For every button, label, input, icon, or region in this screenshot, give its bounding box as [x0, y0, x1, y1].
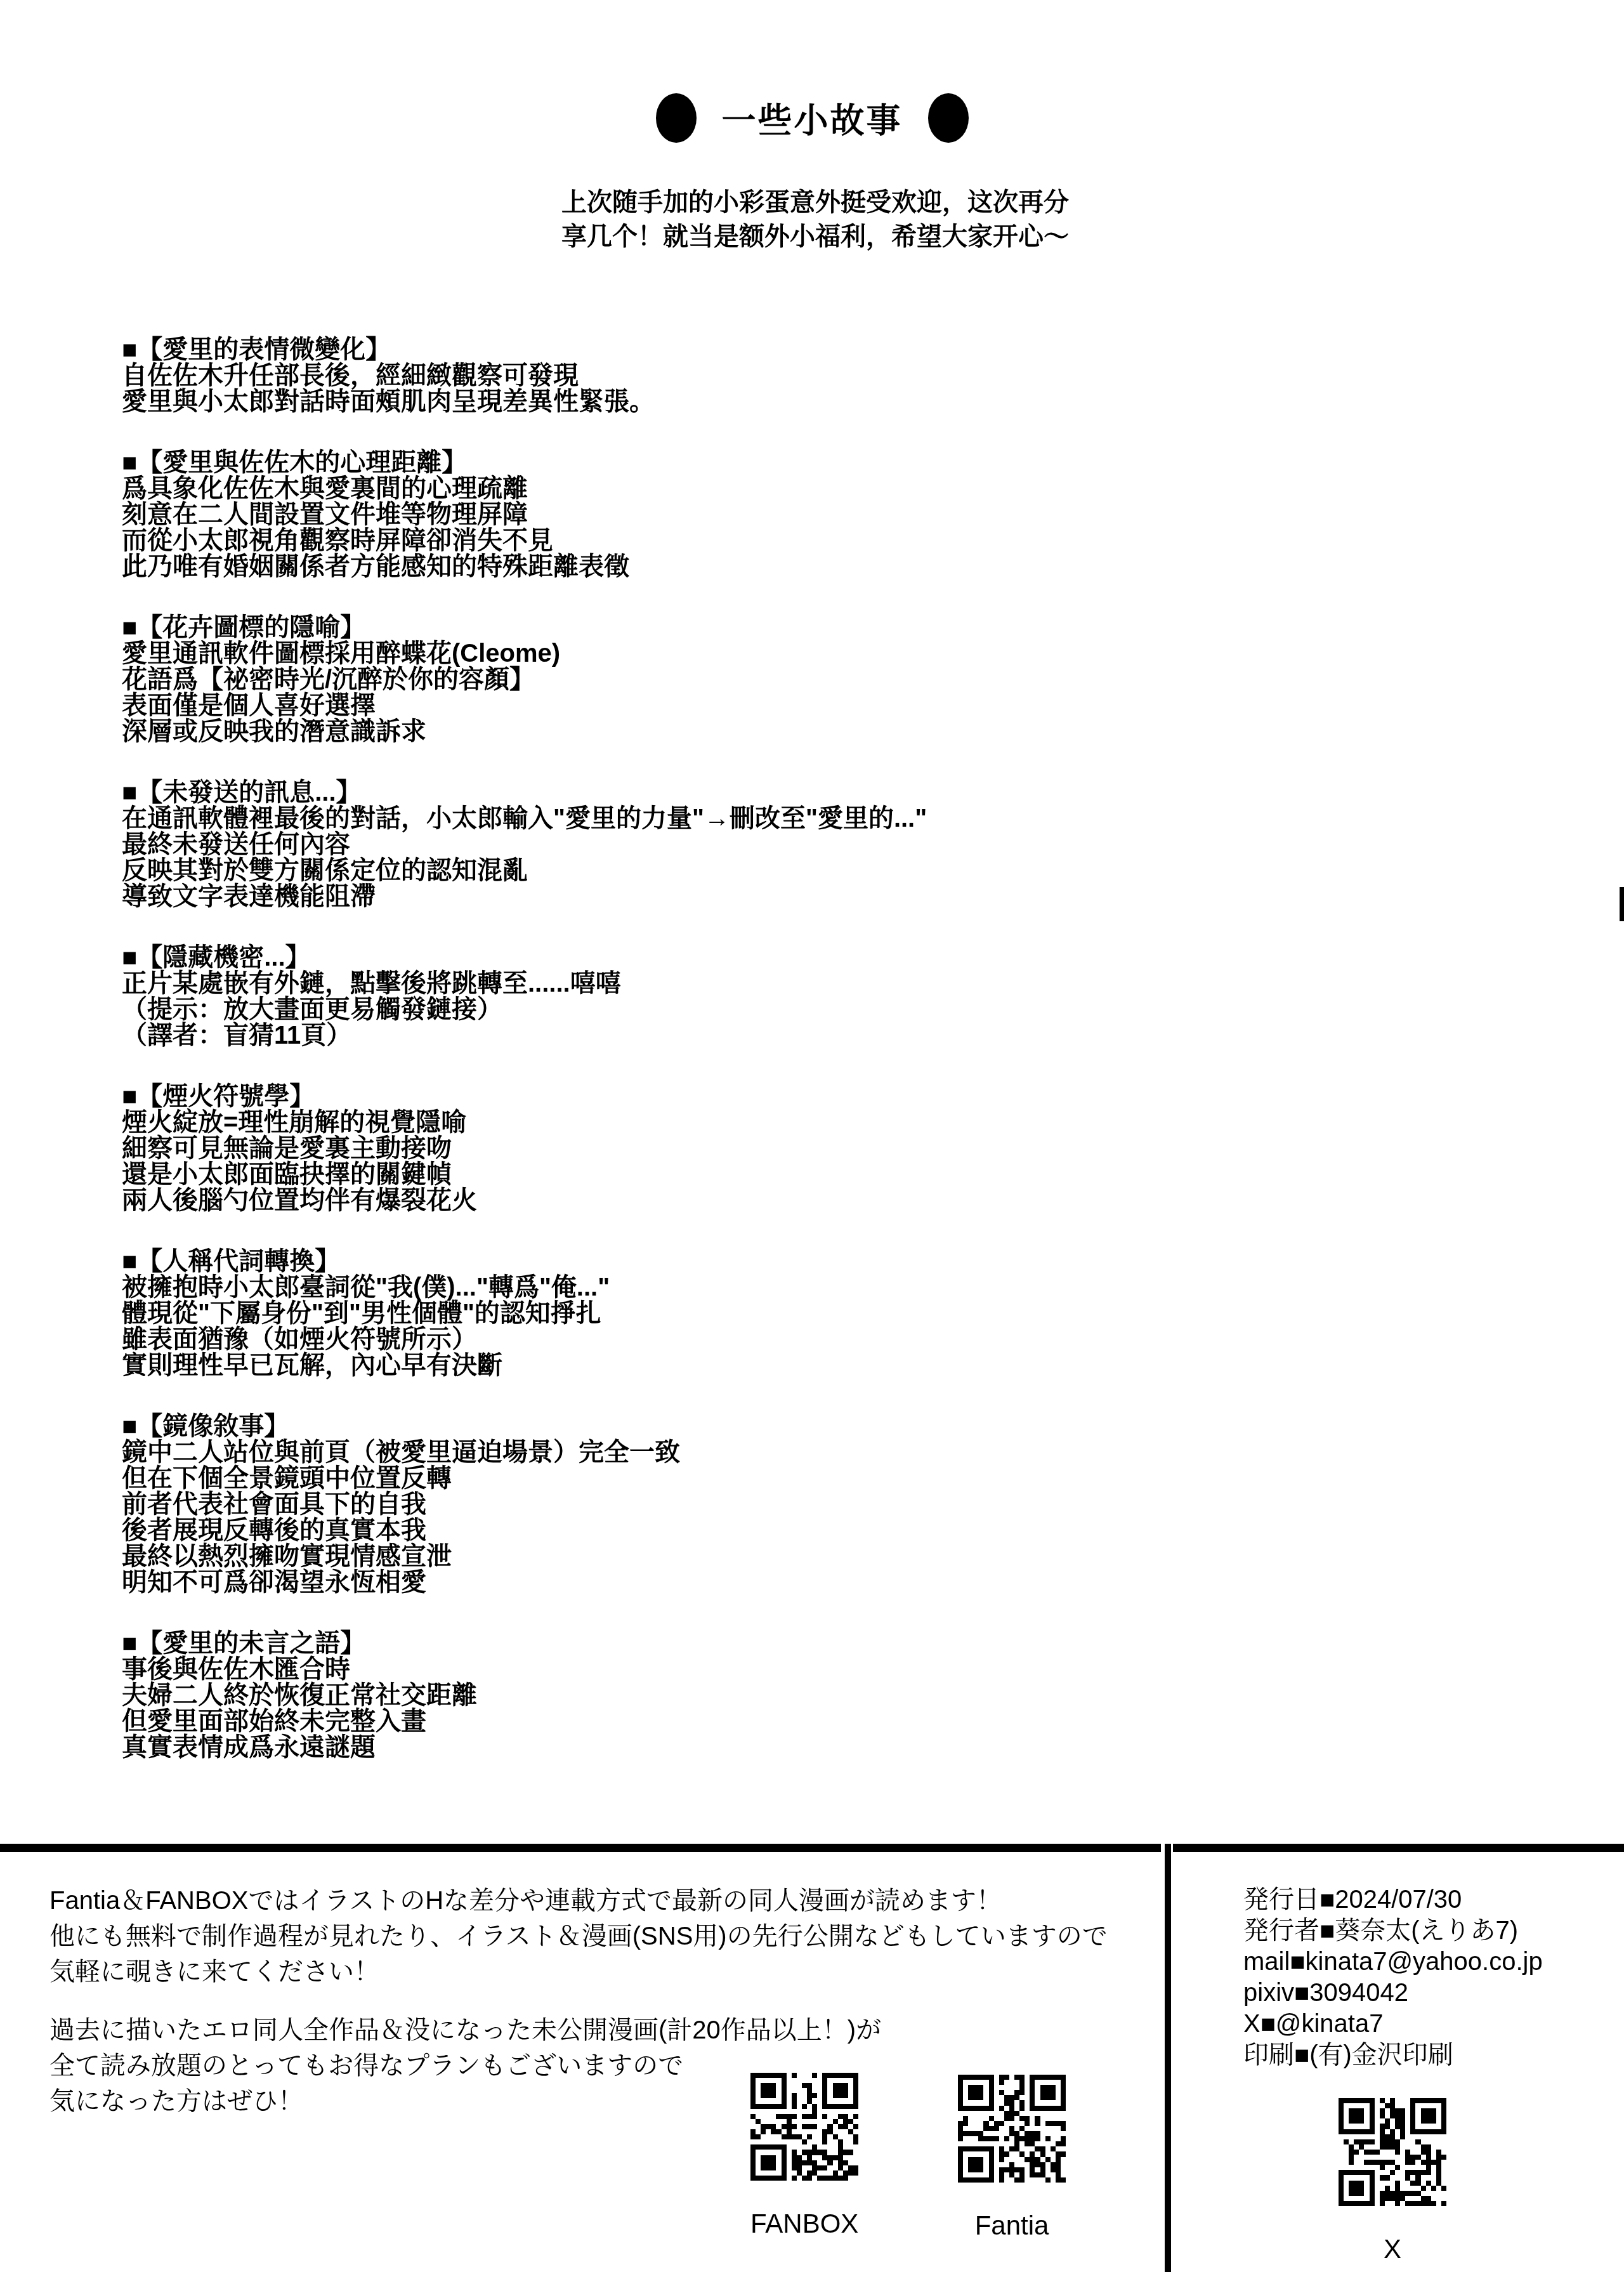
note-line: 事後與佐佐木匯合時 — [122, 1657, 1517, 1683]
note-line: 在通訊軟體裡最後的對話，小太郎輸入"愛里的力量"→刪改至"愛里的..." — [122, 806, 1517, 832]
qr-code-fantia: Fantia — [958, 2075, 1066, 2241]
note-line: 此乃唯有婚姻關係者方能感知的特殊距離表徵 — [122, 554, 1517, 580]
qr-matrix — [1339, 2098, 1446, 2206]
qr-matrix-svg — [1339, 2098, 1446, 2206]
colophon: 発行日■2024/07/30発行者■葵奈太(えりあ7)mail■kinata7@… — [1243, 1884, 1543, 2071]
note-section: ■【隱藏機密...】正片某處嵌有外鏈，點擊後將跳轉至......嘻嘻（提示：放大… — [122, 945, 1517, 1049]
intro-text: 上次随手加的小彩蛋意外挺受欢迎，这次再分 享几个！就当是额外小福利，希望大家开心… — [561, 185, 1069, 254]
note-section: ■【愛里的未言之語】事後與佐佐木匯合時夫婦二人終於恢復正常社交距離但愛里面部始終… — [122, 1631, 1517, 1761]
intro-line: 享几个！就当是额外小福利，希望大家开心～ — [561, 220, 1069, 254]
note-section: ■【鏡像敘事】鏡中二人站位與前頁（被愛里逼迫場景）完全一致但在下個全景鏡頭中位置… — [122, 1414, 1517, 1596]
note-line: 前者代表社會面具下的自我 — [122, 1492, 1517, 1518]
note-line: 體現從"下屬身份"到"男性個體"的認知掙扎 — [122, 1301, 1517, 1327]
note-section: ■【未發送的訊息...】在通訊軟體裡最後的對話，小太郎輸入"愛里的力量"→刪改至… — [122, 780, 1517, 910]
note-line: 實則理性早已瓦解，內心早有決斷 — [122, 1353, 1517, 1379]
bullet-circle-right-icon — [928, 93, 969, 143]
note-section-heading: ■【未發送的訊息...】 — [122, 780, 1517, 806]
note-line: 刻意在二人間設置文件堆等物理屏障 — [122, 502, 1517, 528]
note-line: （提示：放大畫面更易觸發鏈接） — [122, 997, 1517, 1023]
qr-matrix-svg — [958, 2075, 1066, 2183]
qr-matrix — [750, 2073, 858, 2181]
note-line: 雖表面猶豫（如煙火符號所示） — [122, 1327, 1517, 1353]
qr-code-x: X — [1339, 2098, 1446, 2264]
note-line: 被擁抱時小太郎臺詞從"我(僕)..."轉爲"俺..." — [122, 1275, 1517, 1301]
colophon-line: pixiv■3094042 — [1243, 1978, 1543, 2009]
scan-artifact — [1620, 887, 1624, 921]
colophon-line: 発行者■葵奈太(えりあ7) — [1243, 1915, 1543, 1947]
note-line: 正片某處嵌有外鏈，點擊後將跳轉至......嘻嘻 — [122, 971, 1517, 997]
bullet-circle-left-icon — [656, 93, 697, 143]
note-line: 煙火綻放=理性崩解的視覺隱喻 — [122, 1110, 1517, 1136]
promo-line: 他にも無料で制作過程が見れたり、イラスト＆漫画(SNS用)の先行公開などもしてい… — [49, 1919, 1108, 1954]
qr-code-fanbox: FANBOX — [750, 2073, 858, 2239]
note-section: ■【人稱代詞轉換】被擁抱時小太郎臺詞從"我(僕)..."轉爲"俺..."體現從"… — [122, 1249, 1517, 1379]
note-line: 兩人後腦勺位置均伴有爆裂花火 — [122, 1188, 1517, 1214]
note-line: 但愛里面部始終未完整入畫 — [122, 1709, 1517, 1735]
note-section-heading: ■【愛里與佐佐木的心理距離】 — [122, 450, 1517, 476]
qr-label: X — [1339, 2234, 1446, 2264]
colophon-line: 発行日■2024/07/30 — [1243, 1884, 1543, 1915]
page: 一些小故事 上次随手加的小彩蛋意外挺受欢迎，这次再分 享几个！就当是额外小福利，… — [0, 0, 1624, 2272]
note-line: 後者展現反轉後的真實本我 — [122, 1518, 1517, 1544]
page-title: 一些小故事 — [722, 94, 903, 143]
intro-line: 上次随手加的小彩蛋意外挺受欢迎，这次再分 — [561, 185, 1069, 220]
note-line: 愛里與小太郎對話時面頰肌肉呈現差異性緊張。 — [122, 389, 1517, 415]
note-line: 最終未發送任何內容 — [122, 832, 1517, 858]
note-line: 細察可見無論是愛裏主動接吻 — [122, 1136, 1517, 1162]
note-line: 爲具象化佐佐木與愛裏間的心理疏離 — [122, 476, 1517, 502]
note-line: 鏡中二人站位與前頁（被愛里逼迫場景）完全一致 — [122, 1440, 1517, 1466]
qr-matrix-svg — [750, 2073, 858, 2181]
note-section-heading: ■【隱藏機密...】 — [122, 945, 1517, 971]
note-section: ■【煙火符號學】煙火綻放=理性崩解的視覺隱喻細察可見無論是愛裏主動接吻還是小太郎… — [122, 1084, 1517, 1214]
colophon-line: 印刷■(有)金沢印刷 — [1243, 2040, 1543, 2071]
note-section-heading: ■【愛里的未言之語】 — [122, 1631, 1517, 1657]
note-section: ■【愛里的表情微變化】自佐佐木升任部長後，經細緻觀察可發現愛里與小太郎對話時面頰… — [122, 337, 1517, 415]
footer-divider-vertical — [1165, 1844, 1171, 2272]
note-section: ■【花卉圖標的隱喻】愛里通訊軟件圖標採用醉蝶花(Cleome)花語爲【祕密時光/… — [122, 615, 1517, 745]
note-section-heading: ■【愛里的表情微變化】 — [122, 337, 1517, 363]
note-line: 導致文字表達機能阻滯 — [122, 884, 1517, 910]
promo-line: 過去に描いたエロ同人全作品＆没になった未公開漫画(計20作品以上！)が — [49, 2013, 881, 2048]
footer-divider-horizontal — [0, 1844, 1161, 1852]
page-title-row: 一些小故事 — [0, 93, 1624, 143]
promo-line: 気軽に覗きに来てください！ — [49, 1954, 1108, 1990]
note-line: 表面僅是個人喜好選擇 — [122, 693, 1517, 719]
qr-label: FANBOX — [750, 2209, 858, 2239]
colophon-line: X■@kinata7 — [1243, 2009, 1543, 2040]
note-section: ■【愛里與佐佐木的心理距離】爲具象化佐佐木與愛裏間的心理疏離刻意在二人間設置文件… — [122, 450, 1517, 580]
footer-divider-horizontal — [1173, 1844, 1624, 1852]
promo-line: Fantia＆FANBOXではイラストのHな差分や連載方式で最新の同人漫画が読め… — [49, 1883, 1108, 1919]
note-line: 反映其對於雙方關係定位的認知混亂 — [122, 858, 1517, 884]
promo-text-block-1: Fantia＆FANBOXではイラストのHな差分や連載方式で最新の同人漫画が読め… — [49, 1883, 1108, 1990]
note-line: 愛里通訊軟件圖標採用醉蝶花(Cleome) — [122, 641, 1517, 667]
note-line: 明知不可爲卻渴望永恆相愛 — [122, 1570, 1517, 1596]
note-line: 夫婦二人終於恢復正常社交距離 — [122, 1683, 1517, 1709]
note-line: 花語爲【祕密時光/沉醉於你的容顏】 — [122, 667, 1517, 693]
note-line: 真實表情成爲永遠謎題 — [122, 1735, 1517, 1761]
qr-label: Fantia — [958, 2210, 1066, 2241]
note-section-heading: ■【鏡像敘事】 — [122, 1414, 1517, 1440]
note-line: 但在下個全景鏡頭中位置反轉 — [122, 1466, 1517, 1492]
note-section-heading: ■【花卉圖標的隱喻】 — [122, 615, 1517, 641]
note-section-heading: ■【煙火符號學】 — [122, 1084, 1517, 1110]
note-line: 最終以熱烈擁吻實現情感宣泄 — [122, 1544, 1517, 1570]
note-line: 而從小太郎視角觀察時屏障卻消失不見 — [122, 528, 1517, 554]
note-line: （譯者：盲猜11頁） — [122, 1023, 1517, 1049]
story-notes: ■【愛里的表情微變化】自佐佐木升任部長後，經細緻觀察可發現愛里與小太郎對話時面頰… — [122, 337, 1517, 1796]
colophon-line: mail■kinata7@yahoo.co.jp — [1243, 1947, 1543, 1978]
note-line: 深層或反映我的潛意識訴求 — [122, 719, 1517, 745]
note-line: 自佐佐木升任部長後，經細緻觀察可發現 — [122, 363, 1517, 389]
note-section-heading: ■【人稱代詞轉換】 — [122, 1249, 1517, 1275]
note-line: 還是小太郎面臨抉擇的關鍵幀 — [122, 1162, 1517, 1188]
qr-matrix — [958, 2075, 1066, 2183]
